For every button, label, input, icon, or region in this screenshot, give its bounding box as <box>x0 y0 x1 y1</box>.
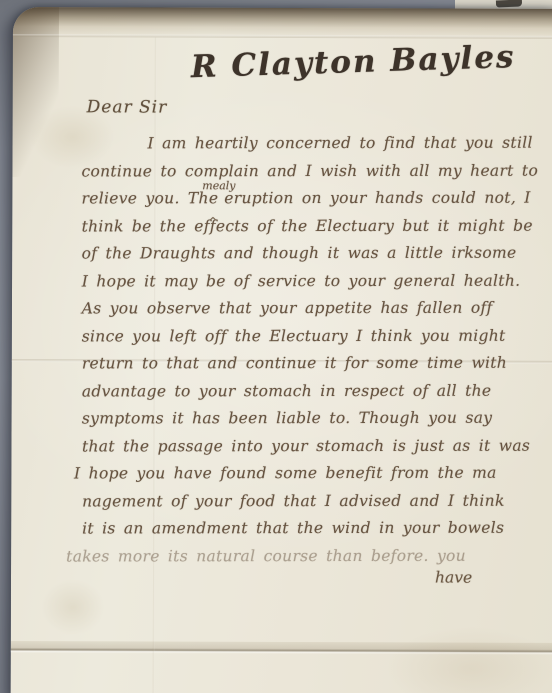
letter-line: As you observe that your appetite has fa… <box>82 295 543 323</box>
letter-line-segment: eruption on your hands could not, I <box>224 189 530 208</box>
fold-crease-top <box>13 34 552 39</box>
letter-line: takes more its natural course than befor… <box>66 542 543 570</box>
letter-line: think be the effects of the Electuary bu… <box>82 212 543 240</box>
fold-crease-bottom <box>11 641 552 655</box>
letter-line: I hope it may be of service to your gene… <box>82 267 543 295</box>
letter-line: it is an amendment that the wind in your… <box>82 515 543 543</box>
letter-line: of the Draughts and though it was a litt… <box>82 240 543 268</box>
letter-line-segment: relieve you. The <box>82 189 219 207</box>
letter-body: I am heartily concerned to find that you… <box>81 130 543 571</box>
letter-line: that the passage into your stomach is ju… <box>82 432 543 460</box>
docket-title: R Clayton Bayles <box>190 39 511 85</box>
letter-line: nagement of your food that I advised and… <box>82 487 543 515</box>
letter-line: continue to complain and I wish with all… <box>81 157 542 185</box>
salutation: Dear Sir <box>87 97 168 117</box>
insertion-caret-icon: ^ <box>208 216 218 227</box>
letter-line: advantage to your stomach in respect of … <box>82 377 543 405</box>
letter-line: symptoms it has been liable to. Though y… <box>82 405 543 433</box>
ink-smudge <box>496 0 522 7</box>
insertion-word: mealy <box>202 180 235 191</box>
letter-line: I hope you have found some benefit from … <box>74 460 543 488</box>
letter-page: R Clayton Bayles Dear Sir I am heartily … <box>11 7 552 693</box>
paper-corner-wear <box>12 7 59 177</box>
letter-line: return to that and continue it for some … <box>82 350 543 378</box>
letter-line: relieve you. Themealy^eruption on your h… <box>82 185 543 213</box>
photograph: R Clayton Bayles Dear Sir I am heartily … <box>0 0 552 693</box>
letter-line: I am heartily concerned to find that you… <box>81 130 542 158</box>
letter-line: since you left off the Electuary I think… <box>82 322 543 350</box>
catchword: have <box>435 568 472 586</box>
